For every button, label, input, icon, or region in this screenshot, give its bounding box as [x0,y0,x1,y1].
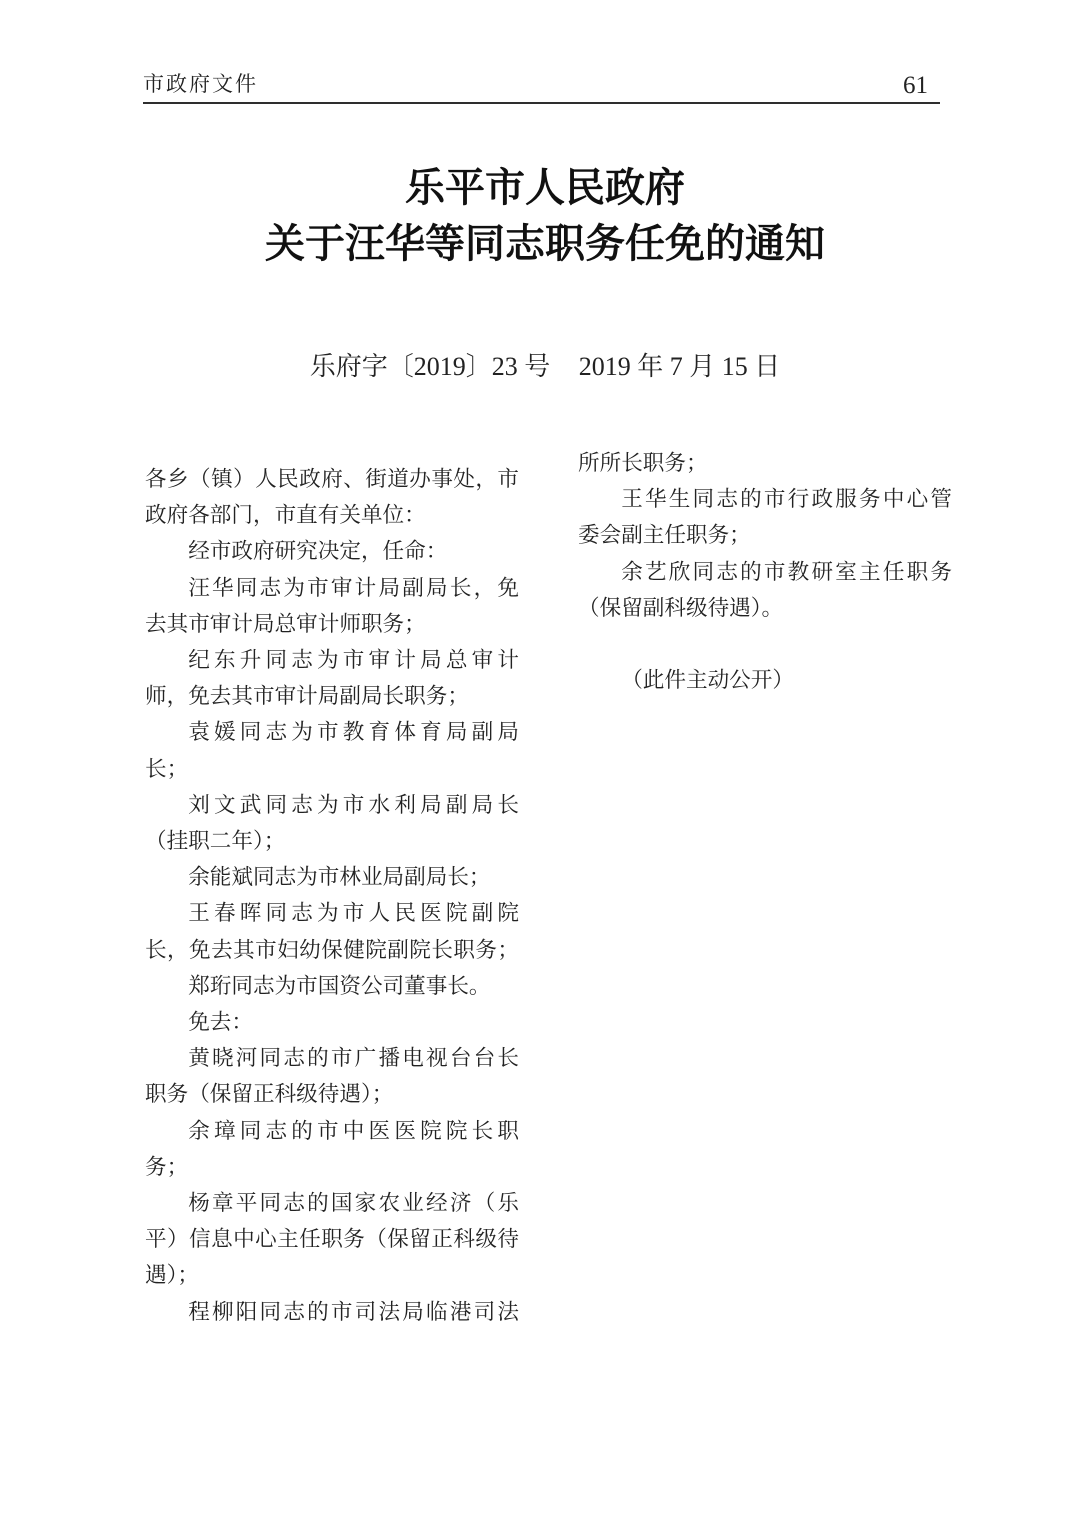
body-text-line: 汪华同志为市审计局副局长，免 [145,570,519,606]
body-text-line: （此件主动公开） [578,662,952,698]
document-page: 市政府文件 61 乐平市人民政府 关于汪华等同志职务任免的通知 乐府字〔2019… [0,0,1074,1520]
document-date: 2019 年 7 月 15 日 [579,352,781,381]
body-text-line: 杨章平同志的国家农业经济（乐 [145,1185,519,1221]
title-line-2: 关于汪华等同志职务任免的通知 [145,216,945,272]
body-text-line: 政府各部门，市直有关单位： [145,497,519,533]
body-text-line: 郑珩同志为市国资公司董事长。 [145,968,519,1004]
body-text-line: 委会副主任职务； [578,517,952,553]
body-text-line: 余艺欣同志的市教研室主任职务 [578,554,952,590]
body-text-line: 职务（保留正科级待遇）； [145,1076,519,1112]
body-text-line: 余能斌同志为市林业局副局长； [145,859,519,895]
body-text-line: 程柳阳同志的市司法局临港司法 [145,1294,519,1330]
document-body: 各乡（镇）人民政府、街道办事处，市政府各部门，市直有关单位：经市政府研究决定，任… [145,445,952,1330]
body-text-line: 长，免去其市妇幼保健院副院长职务； [145,932,519,968]
body-text-line: （保留副科级待遇）。 [578,590,952,626]
body-text-line: 长； [145,751,519,787]
body-text-line: 余璋同志的市中医医院院长职 [145,1113,519,1149]
body-text-line: 黄晓河同志的市广播电视台台长 [145,1040,519,1076]
body-column-right: 所所长职务；王华生同志的市行政服务中心管委会副主任职务；余艺欣同志的市教研室主任… [578,445,952,1330]
body-text-line: 王春晖同志为市人民医院副院 [145,895,519,931]
body-text-line: 遇）； [145,1257,519,1293]
body-text-line: 去其市审计局总审计师职务； [145,606,519,642]
body-text-line: 刘文武同志为市水利局副局长 [145,787,519,823]
body-text-line [578,626,952,662]
body-text-line: 免去： [145,1004,519,1040]
title-line-1: 乐平市人民政府 [145,160,945,216]
body-text-line: 袁媛同志为市教育体育局副局 [145,714,519,750]
body-text-line: 王华生同志的市行政服务中心管 [578,481,952,517]
body-text-line: （挂职二年）； [145,823,519,859]
body-column-left: 各乡（镇）人民政府、街道办事处，市政府各部门，市直有关单位：经市政府研究决定，任… [145,461,519,1330]
document-title: 乐平市人民政府 关于汪华等同志职务任免的通知 [145,160,945,272]
document-number-line: 乐府字〔2019〕23 号2019 年 7 月 15 日 [145,346,945,383]
page-number: 61 [903,73,928,98]
page-header: 市政府文件 61 [143,68,940,104]
body-text-line: 务； [145,1149,519,1185]
body-text-line: 经市政府研究决定，任命： [145,533,519,569]
body-text-line: 纪东升同志为市审计局总审计 [145,642,519,678]
header-doc-category: 市政府文件 [143,68,258,98]
body-text-line: 各乡（镇）人民政府、街道办事处，市 [145,461,519,497]
body-text-line: 平）信息中心主任职务（保留正科级待 [145,1221,519,1257]
document-number: 乐府字〔2019〕23 号 [310,352,551,381]
body-text-line: 所所长职务； [578,445,952,481]
body-text-line: 师，免去其市审计局副局长职务； [145,678,519,714]
